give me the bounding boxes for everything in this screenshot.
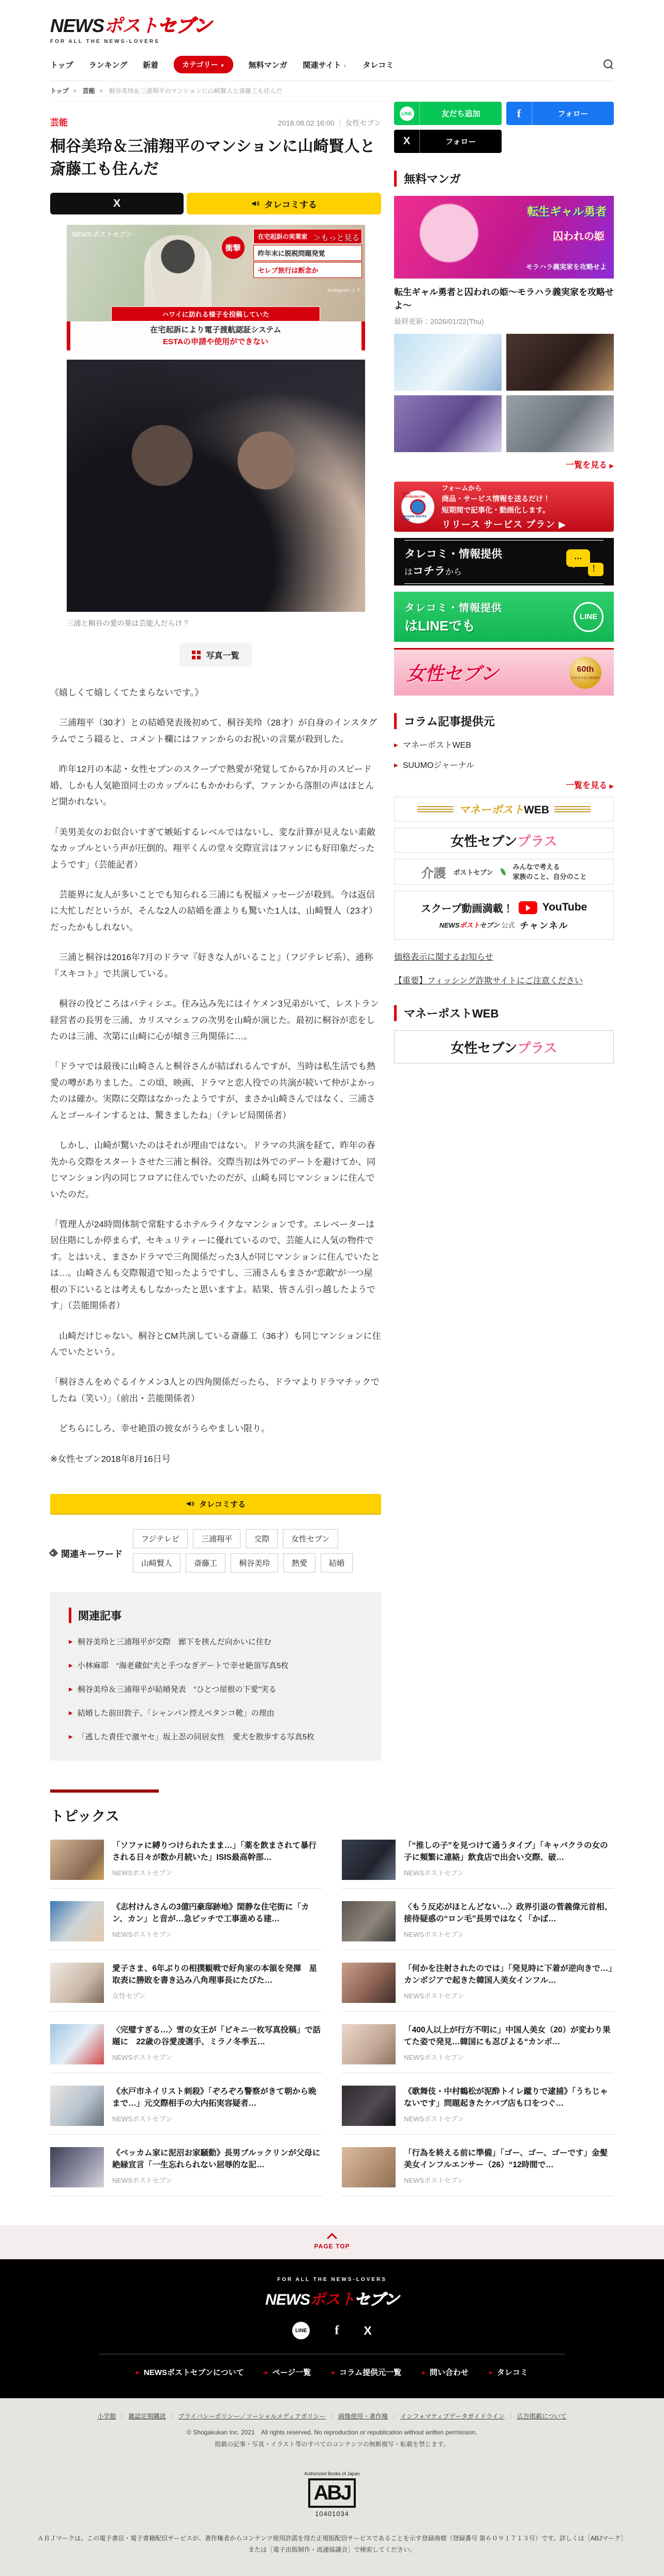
topic-item[interactable]: 「ソファに縛りつけられたまま…」「薬を飲まされて暴行される日々が数か月続いた」I… [50, 1840, 322, 1889]
column-sources-heading: コラム記事提供元 [394, 713, 614, 729]
legal-link[interactable]: 雑誌定期購読 [128, 2412, 165, 2420]
manga-banner-text-3: モラハラ義実家を攻略せよ [526, 261, 607, 271]
nav-top[interactable]: トップ [50, 59, 73, 70]
footer: FOR ALL THE NEWS-LOVERS NEWSポストセブン LINE … [0, 2259, 664, 2398]
footer-nav-about[interactable]: NEWSポストセブンについて [136, 2367, 244, 2378]
manga-thumbnail[interactable] [394, 395, 502, 452]
x-icon[interactable]: X [364, 2324, 371, 2338]
phishing-warning-link[interactable]: 【重要】フィッシング詐欺サイトにご注意ください [394, 975, 614, 988]
release-banner-line4: リリース サービス プラン ▶ [442, 517, 566, 531]
legal-link[interactable]: 画像使用・著作権 [338, 2412, 388, 2420]
logo-tagline: FOR ALL THE NEWS-LOVERS [50, 39, 211, 44]
keyword-tag[interactable]: 女性セブン [283, 1529, 338, 1548]
megaphone-icon [251, 199, 260, 208]
gold-lines-decoration [554, 806, 591, 812]
nav-related-sites[interactable]: 関連サイト▼ [303, 59, 348, 70]
photo-list-button[interactable]: 写真一覧 [179, 643, 251, 667]
topic-title: 《歌舞伎・中村鶴松が泥酔トイレ蹴りで逮捕》「うちじゃないです」問題起きたケバブ店… [404, 2086, 614, 2110]
manga-list-more-link[interactable]: 一覧を見る ▶ [394, 458, 614, 470]
column-source-link[interactable]: マネーポストWEB [394, 738, 614, 750]
release-service-badge: NEWS-POSTSEVEN.COM RELEASE SERVICE PLAN [401, 490, 434, 523]
topic-title: 「“推しの子”を見つけて通うタイプ」「キャバクラの女の子に頻繁に連絡」飲食店で出… [404, 1840, 614, 1864]
topic-title: 〈完璧すぎる…〉雪の女王が「ビキニ一枚写真投稿」で話題に 22歳の谷愛凌選手、ミ… [112, 2024, 322, 2048]
josei-seven-logo: 女性セブン [406, 659, 499, 686]
article-paragraph: 《嬉しくて嬉しくてたまらないです。》 [50, 685, 381, 701]
photo-grid-icon [192, 651, 201, 659]
video-badge: 衝撃 [222, 236, 245, 259]
facebook-icon[interactable]: f [335, 2324, 339, 2338]
logo-news: NEWS [50, 15, 104, 36]
globe-icon [410, 499, 426, 515]
keyword-tag[interactable]: 斎藤工 [186, 1553, 225, 1572]
release-banner-line1: フォームから [442, 483, 566, 492]
youtube-icon [519, 901, 537, 914]
photo-caption: 三浦と桐谷の愛の巣は芸能人だらけ？ [67, 618, 365, 628]
share-x-button[interactable]: X [50, 193, 184, 214]
topic-item[interactable]: 「行為を終える前に準備」「ゴー、ゴー、ゴーです」金髪美女インフルエンサー（26）… [342, 2147, 614, 2196]
topic-source: NEWSポストセブン [112, 2052, 322, 2062]
breadcrumb-category[interactable]: 芸能 [83, 86, 95, 95]
topic-title: 〈もう反応がほとんどない…〉政界引退の菅義偉元首相、接待疑惑の“ロン毛”長男では… [404, 1901, 614, 1925]
topic-item[interactable]: 《志村けんさんの3億円豪邸跡地》閑静な住宅街に「カン、カン」と音が…急ピッチで工… [50, 1901, 322, 1950]
page-top-label: PAGE TOP [314, 2243, 350, 2250]
article-paragraph: 「ドラマでは最後に山崎さんと桐谷さんが結ばれるんですが、当時は私生活でも熱愛の噂… [50, 1058, 381, 1123]
keyword-tag[interactable]: 山崎賢人 [133, 1553, 180, 1572]
keyword-tag[interactable]: フジテレビ [133, 1529, 188, 1548]
topic-source: NEWSポストセブン [404, 2175, 614, 2185]
topic-thumbnail [342, 2024, 396, 2064]
article-date: 2018.08.02 16:00 [278, 119, 335, 127]
abj-top-label: Authorized Books of Japan [0, 2471, 664, 2476]
abj-note: ＡＢＪマークは、この電子書店・電子書籍配信サービスが、著作権者からコンテンツ使用… [35, 2533, 629, 2555]
copyright: © Shogakukan Inc. 2021 All rights reserv… [0, 2428, 664, 2436]
related-articles-heading: 関連記事 [69, 1608, 363, 1623]
legal-link[interactable]: 小学館 [97, 2412, 116, 2420]
topic-source: NEWSポストセブン [112, 2114, 322, 2123]
topic-item[interactable]: 《歌舞伎・中村鶴松が泥酔トイレ蹴りで逮捕》「うちじゃないです」問題起きたケバブ店… [342, 2086, 614, 2135]
topic-thumbnail [342, 2147, 396, 2187]
line-banner-line1: タレコミ・情報提供 [404, 599, 502, 614]
topic-thumbnail [342, 1840, 396, 1880]
x-icon: X [403, 135, 410, 147]
site-header: NEWSポストセブン FOR ALL THE NEWS-LOVERS トップ ラ… [50, 0, 614, 102]
nav-free-manga[interactable]: 無料マンガ [249, 59, 288, 70]
legal-link[interactable]: インフォマティブデータガイドライン [400, 2412, 505, 2420]
page-top-button[interactable]: PAGE TOP [0, 2225, 664, 2259]
manga-thumbnail[interactable] [506, 395, 614, 452]
keyword-tag[interactable]: 結婚 [321, 1553, 353, 1572]
topic-title: 「ソファに縛りつけられたまま…」「薬を飲まされて暴行される日々が数か月続いた」I… [112, 1840, 322, 1864]
topic-title: 《水戸市ネイリスト刺殺》「ぞろぞろ警察がきて朝から晩まで…」元交際相手の大内拓実… [112, 2086, 322, 2110]
article-source[interactable]: 女性セブン [345, 118, 381, 128]
footer-nav-column-sources[interactable]: コラム提供元一覧 [331, 2367, 401, 2378]
topic-thumbnail [342, 2086, 396, 2126]
tarekomi-info-banner[interactable]: タレコミ・情報提供 はコチラから … ！ [394, 538, 614, 585]
chevron-up-icon [327, 2233, 337, 2243]
breadcrumb-separator-icon: ▶ [100, 88, 104, 94]
related-article-link[interactable]: 結婚した前田敦子、「シャンパン控えペタンコ靴」の理由 [69, 1707, 363, 1718]
x-follow-button[interactable]: X フォロー [394, 130, 502, 153]
topic-title: 《ベッカム家に泥沼お家騒動》長男ブルックリンが父母に絶縁宣言「一生忘れられない屈… [112, 2147, 322, 2171]
line-icon[interactable]: LINE [292, 2322, 310, 2339]
topics-section: トピックス 「ソファに縛りつけられたまま…」「薬を飲まされて暴行される日々が数か… [50, 1790, 614, 2196]
line-icon: LINE [400, 106, 414, 121]
release-banner-line2: 商品・サービス情報を送るだけ！ [442, 493, 566, 504]
topic-item[interactable]: 愛子さま、6年ぶりの相撲観戦で好角家の本領を発揮 星取表に勝敗を書き込み八角理事… [50, 1963, 322, 2012]
topic-title: 愛子さま、6年ぶりの相撲観戦で好角家の本領を発揮 星取表に勝敗を書き込み八角理事… [112, 1963, 322, 1987]
arrow-right-icon: ▶ [610, 463, 614, 469]
topic-source: NEWSポストセブン [112, 2175, 322, 2185]
facebook-follow-button[interactable]: f フォロー [506, 102, 614, 125]
article-paragraph: しかし、山崎が驚いたのはそれが理由ではない。ドラマの共演を経て、昨年の春先から交… [50, 1137, 381, 1202]
topic-thumbnail [342, 1963, 396, 2003]
manga-thumbnail[interactable] [506, 334, 614, 391]
sidebar: LINE 友だち追加 f フォロー X フォロー 無料マンガ 転生ギャル勇者 囚… [394, 102, 614, 1063]
topic-item[interactable]: 「“推しの子”を見つけて通うタイプ」「キャバクラの女の子に頻繁に連絡」飲食店で出… [342, 1840, 614, 1889]
60th-badge: 60th おかげさまで60周年 [569, 657, 601, 689]
related-article-link[interactable]: 小林麻耶 “海老蔵似”夫と手つなぎデートで幸せ絶頂写真5枚 [69, 1660, 363, 1671]
footer-nav-pages[interactable]: ページ一覧 [265, 2367, 311, 2378]
logo-post: ポスト [104, 15, 158, 36]
abj-logo: ABJ [308, 2478, 356, 2508]
free-manga-heading: 無料マンガ [394, 171, 614, 187]
footer-nav-contact[interactable]: 問い合わせ [422, 2367, 469, 2378]
tag-icon [49, 1548, 58, 1557]
breadcrumb-home[interactable]: トップ [50, 86, 69, 95]
price-notice-link[interactable]: 価格表示に関するお知らせ [394, 951, 614, 964]
article-paragraph: どちらにしろ、幸せ絶頂の彼女がうらやましい限り。 [50, 1421, 381, 1437]
breadcrumb: トップ ▶ 芸能 ▶ 桐谷美玲＆三浦翔平のマンションに山崎賢人と斎藤工も住んだ [50, 81, 614, 102]
article-paragraph: 昨年12月の本誌・女性セブンのスクープで熱愛が発覚してから7か月のスピード婚、し… [50, 761, 381, 810]
article-paragraph: 「桐谷さんをめぐるイケメン3人との四角関係だったら、ドラマよりドラマチックでした… [50, 1374, 381, 1407]
manga-title[interactable]: 転生ギャル勇者と囚われの姫〜モラハラ義実家を攻略せよ〜 [394, 286, 614, 312]
keyword-tag[interactable]: 熱愛 [283, 1553, 315, 1572]
photo-list-label: 写真一覧 [206, 649, 239, 661]
topic-item[interactable]: 《水戸市ネイリスト刺殺》「ぞろぞろ警察がきて朝から晩まで…」元交際相手の大内拓実… [50, 2086, 322, 2135]
tarekomi-button[interactable]: タレコミする [187, 193, 381, 214]
abj-mark: Authorized Books of Japan ABJ 10401034 [0, 2471, 664, 2518]
topic-source: NEWSポストセブン [112, 1868, 322, 1877]
video-lower-caption-3: ESTAの申請や使用ができない [70, 336, 361, 347]
nav-tarekomi[interactable]: タレコミ [363, 59, 394, 70]
topic-thumbnail [50, 2147, 104, 2187]
related-keywords: 関連キーワード フジテレビ 三浦翔平 交際 女性セブン 山崎賢人 斎藤工 桐谷美… [50, 1529, 381, 1572]
topic-thumbnail [50, 2086, 104, 2126]
related-article-link[interactable]: 桐谷美玲＆三浦翔平が結婚発表 “ひとつ屋根の下愛”実る [69, 1684, 363, 1694]
x-follow-label: フォロー [420, 136, 502, 147]
topic-title: 《志村けんさんの3億円豪邸跡地》閑静な住宅街に「カン、カン」と音が…急ピッチで工… [112, 1901, 322, 1925]
manga-banner[interactable]: 転生ギャル勇者 囚われの姫 モラハラ義実家を攻略せよ [394, 196, 614, 279]
breadcrumb-current: 桐谷美玲＆三浦翔平のマンションに山崎賢人と斎藤工も住んだ [109, 86, 282, 95]
josei-seven-plus-banner[interactable]: 女性セブンプラス [394, 828, 614, 853]
article-paragraph: 芸能界に友人が多いことでも知られる三浦にも祝福メッセージが殺到。今は返信に大忙し… [50, 887, 381, 935]
leaf-icon [501, 868, 506, 875]
abj-number: 10401034 [0, 2510, 664, 2518]
topic-item[interactable]: 〈完璧すぎる…〉雪の女王が「ビキニ一枚写真投稿」で話題に 22歳の谷愛凌選手、ミ… [50, 2024, 322, 2073]
topic-source: NEWSポストセブン [112, 1929, 322, 1939]
josei-seven-plus-logo-box[interactable]: 女性セブンプラス [394, 1030, 614, 1063]
nav-ranking[interactable]: ランキング [89, 59, 128, 70]
x-icon: X [113, 197, 120, 210]
video-lower-caption-2: 在宅起訴により電子渡航認証システム [70, 324, 361, 335]
footer-nav: NEWSポストセブンについて ページ一覧 コラム提供元一覧 問い合わせ タレコミ [0, 2367, 664, 2378]
line-follow-label: 友だち追加 [420, 108, 502, 119]
line-icon: LINE [574, 602, 603, 632]
footer-legal: 小学館｜ 雑誌定期購読｜ プライバシーポリシー／ソーシャルメディアポリシー｜ 画… [0, 2398, 664, 2576]
nav-category[interactable]: カテゴリー▼ [174, 56, 233, 73]
video-watermark: NEWSポストセブン [72, 229, 132, 239]
megaphone-icon [186, 1499, 195, 1508]
topic-source: NEWSポストセブン [404, 1991, 614, 2000]
topic-title: 「400人以上が行方不明に」中国人美女（20）が変わり果てた姿で発見…韓国にも忍… [404, 2024, 614, 2048]
video-caption-band-3: セレブ旅行は断念か [253, 262, 362, 278]
tarekomi-button-label: タレコミする [199, 1499, 246, 1509]
related-articles-box: 関連記事 桐谷美玲と三浦翔平が交際 廊下を挟んだ向かいに住む 小林麻耶 “海老蔵… [50, 1592, 381, 1761]
footer-tagline: FOR ALL THE NEWS-LOVERS [0, 2277, 664, 2282]
topics-heading: トピックス [50, 1805, 614, 1825]
topic-item[interactable]: 〈もう反応がほとんどない…〉政界引退の菅義偉元首相、接待疑惑の“ロン毛”長男では… [342, 1901, 614, 1950]
topic-item[interactable]: 「400人以上が行方不明に」中国人美女（20）が変わり果てた姿で発見…韓国にも忍… [342, 2024, 614, 2073]
page-title: 桐谷美玲＆三浦翔平のマンションに山崎賢人と斎藤工も住んだ [50, 135, 381, 180]
manga-banner-text-2: 囚われの姫 [553, 228, 605, 243]
main-nav: トップ ランキング 新着 カテゴリー▼ 無料マンガ 関連サイト▼ タレコミ [50, 51, 614, 81]
video-lower-caption-1: ハワイに訪れる様子を投稿していた [111, 306, 320, 321]
josei-seven-60th-banner[interactable]: 女性セブン 60th おかげさまで60周年 [394, 648, 614, 696]
article-paragraph: ※女性セブン2018年8月16日号 [50, 1451, 381, 1467]
article-paragraph: 「管理人が24時間体制で常駐するホテルライクなマンションです。エレベーターは居住… [50, 1216, 381, 1314]
manga-banner-text-1: 転生ギャル勇者 [527, 203, 607, 219]
copyright-notice: 掲載の記事・写真・イラスト等のすべてのコンテンツの無断複写・転載を禁じます。 [0, 2440, 664, 2448]
topic-item[interactable]: 《ベッカム家に泥沼お家騒動》長男ブルックリンが父母に絶縁宣言「一生忘れられない屈… [50, 2147, 322, 2196]
legal-link[interactable]: 広告掲載について [517, 2412, 567, 2420]
topic-thumbnail [50, 2024, 104, 2064]
logo-seven: セブン [158, 15, 212, 36]
keyword-tag[interactable]: 交際 [246, 1529, 278, 1548]
related-article-link[interactable]: 「逃した責任で激ヤセ」坂上忍の同居女性 愛犬を散歩する写真5枚 [69, 1731, 363, 1742]
video-credit: Instagramより [327, 286, 360, 294]
moneypost-section-heading: マネーポストWEB [394, 1005, 614, 1021]
site-logo[interactable]: NEWSポストセブン FOR ALL THE NEWS-LOVERS [50, 11, 211, 44]
facebook-follow-label: フォロー [532, 108, 614, 119]
tarekomi-banner-line1: タレコミ・情報提供 [404, 546, 502, 561]
keyword-tag[interactable]: 三浦翔平 [193, 1529, 240, 1548]
line-follow-button[interactable]: LINE 友だち追加 [394, 102, 502, 125]
article-paragraph: 山崎だけじゃない。桐谷とCM共演している斎藤工（36才）も同じマンションに住んで… [50, 1328, 381, 1361]
article-photo [67, 360, 365, 612]
divider [340, 119, 340, 127]
topic-thumbnail [50, 1901, 104, 1941]
topic-source: NEWSポストセブン [404, 2114, 614, 2123]
manga-updated: 最終更新：2026/01/22(Thu) [394, 316, 614, 327]
divider [99, 2354, 565, 2354]
release-banner-line3: 短期間で記事化・動画化します。 [442, 505, 566, 515]
line-banner-line2: はLINEでも [404, 615, 502, 635]
article-paragraph: 「美男美女のお似合いすぎて嫉妬するレベルではないし、変な計算が見えない素敵なカッ… [50, 824, 381, 873]
kaigo-postseven-banner[interactable]: 介護 ポストセブン みんなで考える家族のこと、自分のこと [394, 859, 614, 885]
video-caption-band-2: 昨年末に脱税問題発覚 [253, 245, 362, 261]
nav-new[interactable]: 新着 [143, 59, 158, 70]
article-category[interactable]: 芸能 [50, 115, 68, 128]
article-body: 《嬉しくて嬉しくてたまらないです。》 三浦翔平（30才）との結婚発表後初めて、桐… [50, 685, 381, 1467]
article-paragraph: 桐谷の役どころはパティシエ。住み込み先にはイケメン3兄弟がいて、レストラン経営者… [50, 996, 381, 1044]
chevron-down-icon: ▼ [220, 63, 225, 68]
article-video-player[interactable]: NEWSポストセブン ＞もっと見る 衝撃 在宅起訴の実業家 昨年末に脱税問題発覚… [67, 225, 365, 350]
topics-accent-bar [50, 1790, 159, 1793]
column-sources-more-link[interactable]: 一覧を見る ▶ [394, 779, 614, 791]
gold-lines-decoration [417, 806, 454, 812]
article-paragraph: 三浦翔平（30才）との結婚発表後初めて、桐谷美玲（28才）が自身のインスタグラム… [50, 715, 381, 747]
topic-thumbnail [342, 1901, 396, 1941]
youtube-channel-banner[interactable]: スクープ動画満載！ YouTube NEWSポストセブン 公式 チャンネル [394, 891, 614, 940]
footer-logo[interactable]: NEWSポストセブン [0, 2287, 664, 2309]
release-service-banner[interactable]: NEWS-POSTSEVEN.COM RELEASE SERVICE PLAN … [394, 482, 614, 532]
topic-source: NEWSポストセブン [404, 1929, 614, 1939]
topic-item[interactable]: 「何かを注射されたのでは」「発見時に下着が逆向きで…」カンボジアで起きた韓国人美… [342, 1963, 614, 2012]
keyword-tag[interactable]: 桐谷美玲 [231, 1553, 278, 1572]
topic-source: NEWSポストセブン [404, 1868, 614, 1877]
chevron-down-icon: ▼ [342, 64, 347, 69]
breadcrumb-separator-icon: ▶ [74, 88, 78, 94]
moneypost-banner[interactable]: マネーポストWEB [394, 797, 614, 822]
speech-bubbles-icon: … ！ [566, 547, 603, 576]
keywords-label: 関連キーワード [61, 1547, 123, 1560]
video-more-link[interactable]: ＞もっと見る [313, 232, 359, 243]
search-icon[interactable] [603, 59, 614, 70]
tarekomi-button-bottom[interactable]: タレコミする [50, 1494, 381, 1514]
topic-thumbnail [50, 1840, 104, 1880]
legal-link[interactable]: プライバシーポリシー／ソーシャルメディアポリシー [178, 2412, 326, 2420]
article-paragraph: 三浦と桐谷は2016年7月のドラマ『好きな人がいること』（フジテレビ系）、通称『… [50, 949, 381, 982]
topic-source: NEWSポストセブン [404, 2052, 614, 2062]
tarekomi-button-label: タレコミする [264, 197, 317, 210]
column-source-link[interactable]: SUUMOジャーナル [394, 759, 614, 770]
related-article-link[interactable]: 桐谷美玲と三浦翔平が交際 廊下を挟んだ向かいに住む [69, 1636, 363, 1647]
article-column: 芸能 2018.08.02 16:00 女性セブン 桐谷美玲＆三浦翔平のマンショ… [50, 102, 381, 1761]
topic-title: 「何かを注射されたのでは」「発見時に下着が逆向きで…」カンボジアで起きた韓国人美… [404, 1963, 614, 1987]
topic-thumbnail [50, 1963, 104, 2003]
arrow-right-icon: ▶ [610, 783, 614, 790]
footer-nav-tarekomi[interactable]: タレコミ [489, 2367, 528, 2378]
facebook-icon: f [517, 107, 521, 120]
topic-title: 「行為を終える前に準備」「ゴー、ゴー、ゴーです」金髪美女インフルエンサー（26）… [404, 2147, 614, 2171]
manga-thumbnail[interactable] [394, 334, 502, 391]
line-tarekomi-banner[interactable]: タレコミ・情報提供 はLINEでも LINE [394, 592, 614, 642]
topic-source: 女性セブン [112, 1991, 322, 2000]
